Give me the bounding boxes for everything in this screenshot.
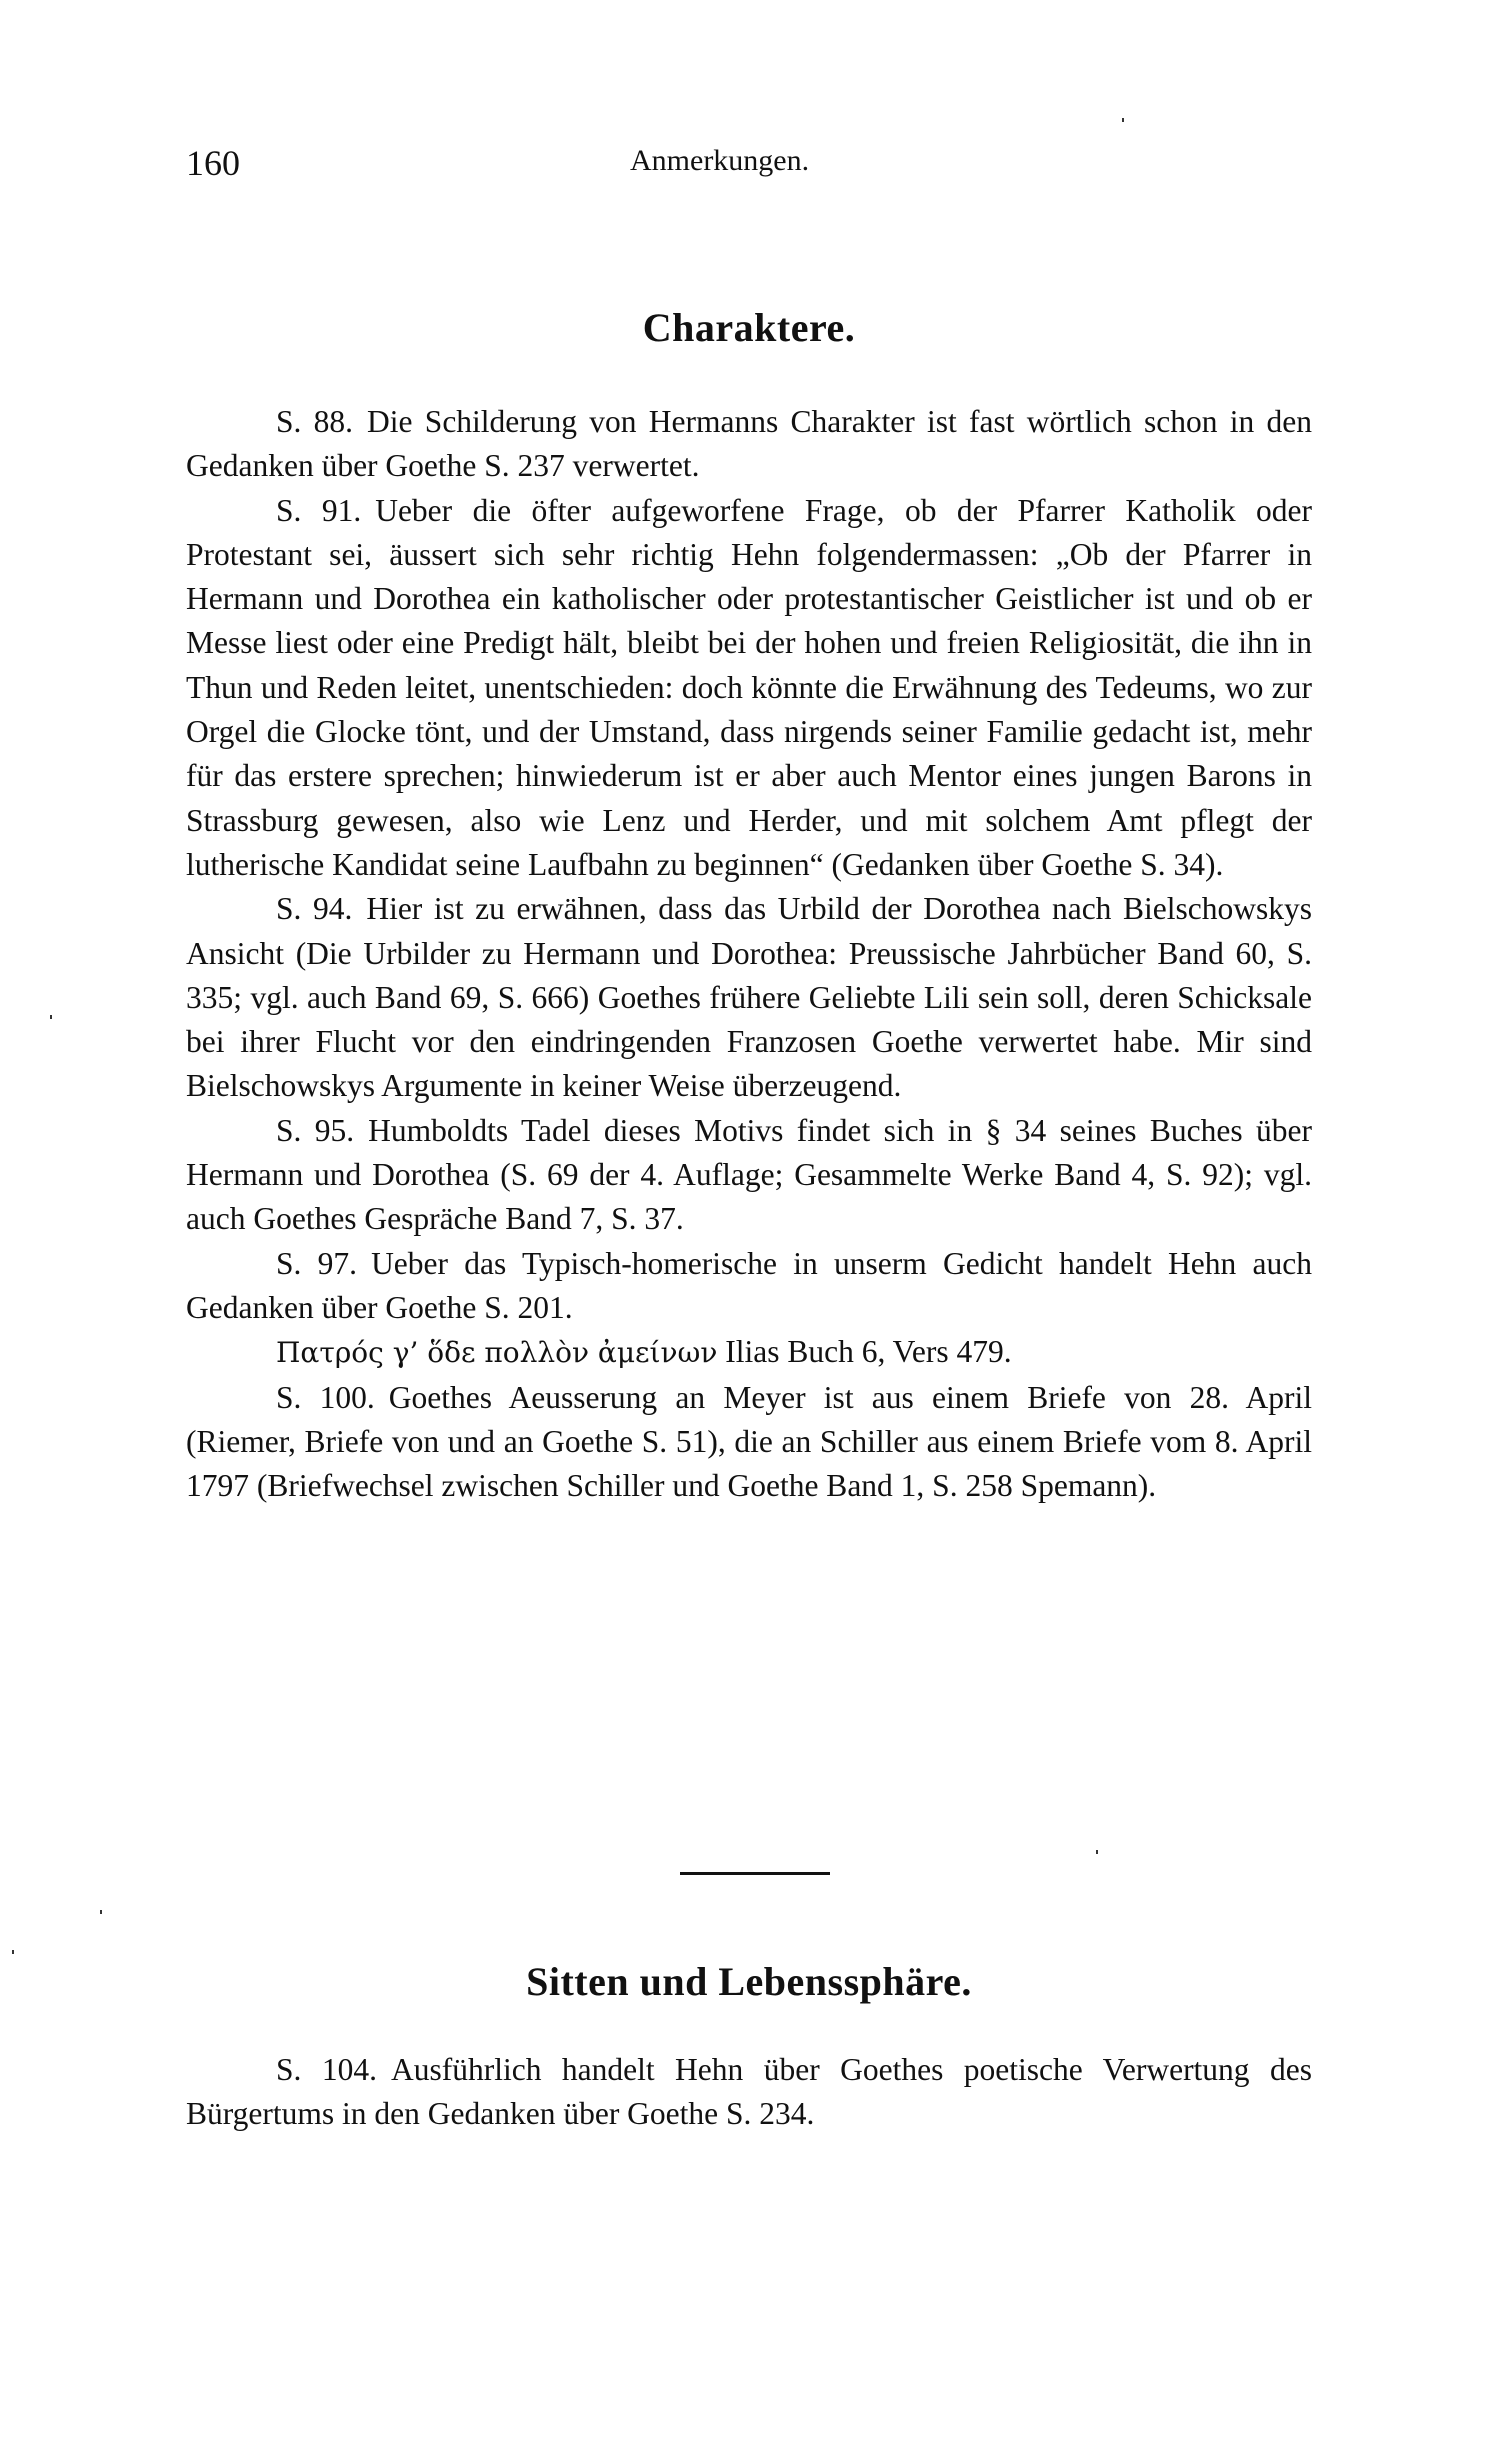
note-paragraph: S. 94.Hier ist zu erwähnen, dass das Urb… xyxy=(186,887,1312,1108)
page-number: 160 xyxy=(186,142,240,184)
page-reference: S. 91. xyxy=(276,493,361,528)
page-reference: S. 95. xyxy=(276,1113,354,1148)
note-text: Ueber die öfter aufgeworfene Frage, ob d… xyxy=(186,493,1312,882)
page-reference: S. 104. xyxy=(276,2052,377,2087)
page-reference: S. 97. xyxy=(276,1246,357,1281)
scan-speck xyxy=(12,1950,14,1954)
scan-speck xyxy=(100,1910,102,1914)
book-page: 160 Anmerkungen. Charaktere. S. 88.Die S… xyxy=(0,0,1504,2463)
page-reference: S. 94. xyxy=(276,891,352,926)
greek-quote: Πατρός γ’ ὅδε πολλὸν ἀμείνων xyxy=(276,1336,717,1369)
note-text: Ilias Buch 6, Vers 479. xyxy=(725,1334,1011,1369)
note-text: Hier ist zu erwähnen, dass das Urbild de… xyxy=(186,891,1312,1103)
scan-speck xyxy=(1122,118,1124,122)
section-body-sitten: S. 104.Ausführlich handelt Hehn über Goe… xyxy=(186,2048,1312,2137)
running-title: Anmerkungen. xyxy=(630,144,809,178)
scan-speck xyxy=(1096,1850,1098,1854)
note-paragraph: S. 97.Ueber das Typisch-homerische in un… xyxy=(186,1242,1312,1331)
section-heading-sitten: Sitten und Lebenssphäre. xyxy=(186,1958,1312,2005)
section-divider xyxy=(680,1872,830,1875)
note-paragraph: S. 104.Ausführlich handelt Hehn über Goe… xyxy=(186,2048,1312,2137)
page-reference: S. 88. xyxy=(276,404,353,439)
section-heading-charaktere: Charaktere. xyxy=(186,304,1312,351)
note-paragraph: S. 100.Goethes Aeusserung an Meyer ist a… xyxy=(186,1376,1312,1509)
note-paragraph: S. 95.Humboldts Tadel dieses Motivs find… xyxy=(186,1109,1312,1242)
scan-speck xyxy=(50,1015,52,1019)
note-paragraph: S. 91.Ueber die öfter aufgeworfene Frage… xyxy=(186,489,1312,888)
greek-quote-paragraph: Πατρός γ’ ὅδε πολλὸν ἀμείνων Ilias Buch … xyxy=(186,1330,1312,1375)
note-text: Humboldts Tadel dieses Motivs findet sic… xyxy=(186,1113,1312,1237)
page-reference: S. 100. xyxy=(276,1380,375,1415)
running-header: 160 Anmerkungen. xyxy=(186,142,1312,192)
note-text: Die Schilderung von Hermanns Charakter i… xyxy=(186,404,1312,483)
note-paragraph: S. 88.Die Schilderung von Hermanns Chara… xyxy=(186,400,1312,489)
section-body-charaktere: S. 88.Die Schilderung von Hermanns Chara… xyxy=(186,400,1312,1508)
